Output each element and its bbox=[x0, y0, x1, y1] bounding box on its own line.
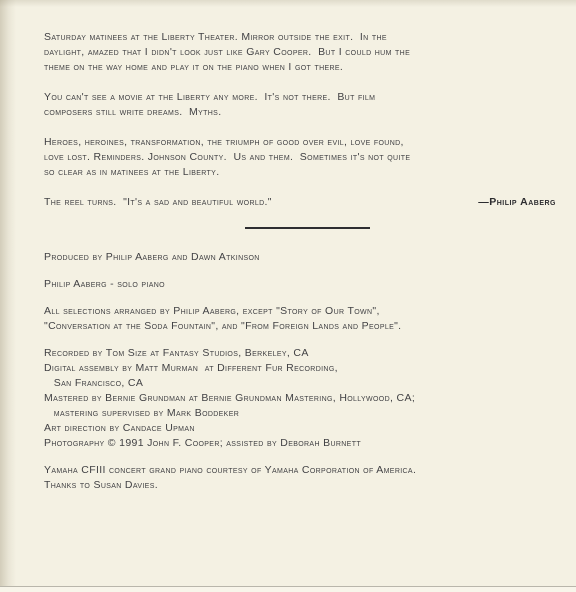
text-line: so clear as in matinees at the Liberty. bbox=[44, 165, 556, 180]
credit-group-production-staff: Recorded by Tom Size at Fantasy Studios,… bbox=[44, 346, 556, 451]
text-line: composers still write dreams. Myths. bbox=[44, 105, 556, 120]
notes-paragraph-1: Saturday matinees at the Liberty Theater… bbox=[44, 30, 556, 75]
attribution: —Philip Aaberg bbox=[478, 195, 556, 210]
page-left-scan-shadow bbox=[0, 0, 16, 592]
quote-line: The reel turns. "It's a sad and beautifu… bbox=[44, 195, 272, 210]
text-line: "Conversation at the Soda Fountain", and… bbox=[44, 319, 556, 334]
text-line: mastering supervised by Mark Boddeker bbox=[44, 406, 556, 421]
credit-group-performer: Philip Aaberg - solo piano bbox=[44, 277, 556, 292]
section-divider bbox=[245, 227, 370, 229]
notes-paragraph-2: You can't see a movie at the Liberty any… bbox=[44, 90, 556, 120]
credit-group-arrangements: All selections arranged by Philip Aaberg… bbox=[44, 304, 556, 334]
text-line: Digital assembly by Matt Murman at Diffe… bbox=[44, 361, 556, 376]
text-line: Recorded by Tom Size at Fantasy Studios,… bbox=[44, 346, 556, 361]
page-bottom-edge bbox=[0, 586, 576, 592]
credit-group-produced: Produced by Philip Aaberg and Dawn Atkin… bbox=[44, 250, 556, 265]
liner-notes-content: Saturday matinees at the Liberty Theater… bbox=[44, 30, 556, 493]
text-line: daylight, amazed that I didn't look just… bbox=[44, 45, 556, 60]
text-line: San Francisco, CA bbox=[44, 376, 556, 391]
credits-section: Produced by Philip Aaberg and Dawn Atkin… bbox=[44, 250, 556, 493]
text-line: Thanks to Susan Davies. bbox=[44, 478, 556, 493]
text-line: Mastered by Bernie Grundman at Bernie Gr… bbox=[44, 391, 556, 406]
text-line: theme on the way home and play it on the… bbox=[44, 60, 556, 75]
credit-group-acknowledgements: Yamaha CFIII concert grand piano courtes… bbox=[44, 463, 556, 493]
quote-row: The reel turns. "It's a sad and beautifu… bbox=[44, 195, 556, 210]
text-line: Heroes, heroines, transformation, the tr… bbox=[44, 135, 556, 150]
text-line: Produced by Philip Aaberg and Dawn Atkin… bbox=[44, 250, 556, 265]
text-line: Yamaha CFIII concert grand piano courtes… bbox=[44, 463, 556, 478]
text-line: Art direction by Candace Upman bbox=[44, 421, 556, 436]
text-line: All selections arranged by Philip Aaberg… bbox=[44, 304, 556, 319]
text-line: Photography © 1991 John F. Cooper; assis… bbox=[44, 436, 556, 451]
text-line: Philip Aaberg - solo piano bbox=[44, 277, 556, 292]
liner-notes-page: Saturday matinees at the Liberty Theater… bbox=[0, 0, 576, 592]
text-line: You can't see a movie at the Liberty any… bbox=[44, 90, 556, 105]
page-top-scan-shadow bbox=[0, 0, 576, 7]
notes-paragraph-3: Heroes, heroines, transformation, the tr… bbox=[44, 135, 556, 180]
text-line: Saturday matinees at the Liberty Theater… bbox=[44, 30, 556, 45]
text-line: love lost. Reminders. Johnson County. Us… bbox=[44, 150, 556, 165]
